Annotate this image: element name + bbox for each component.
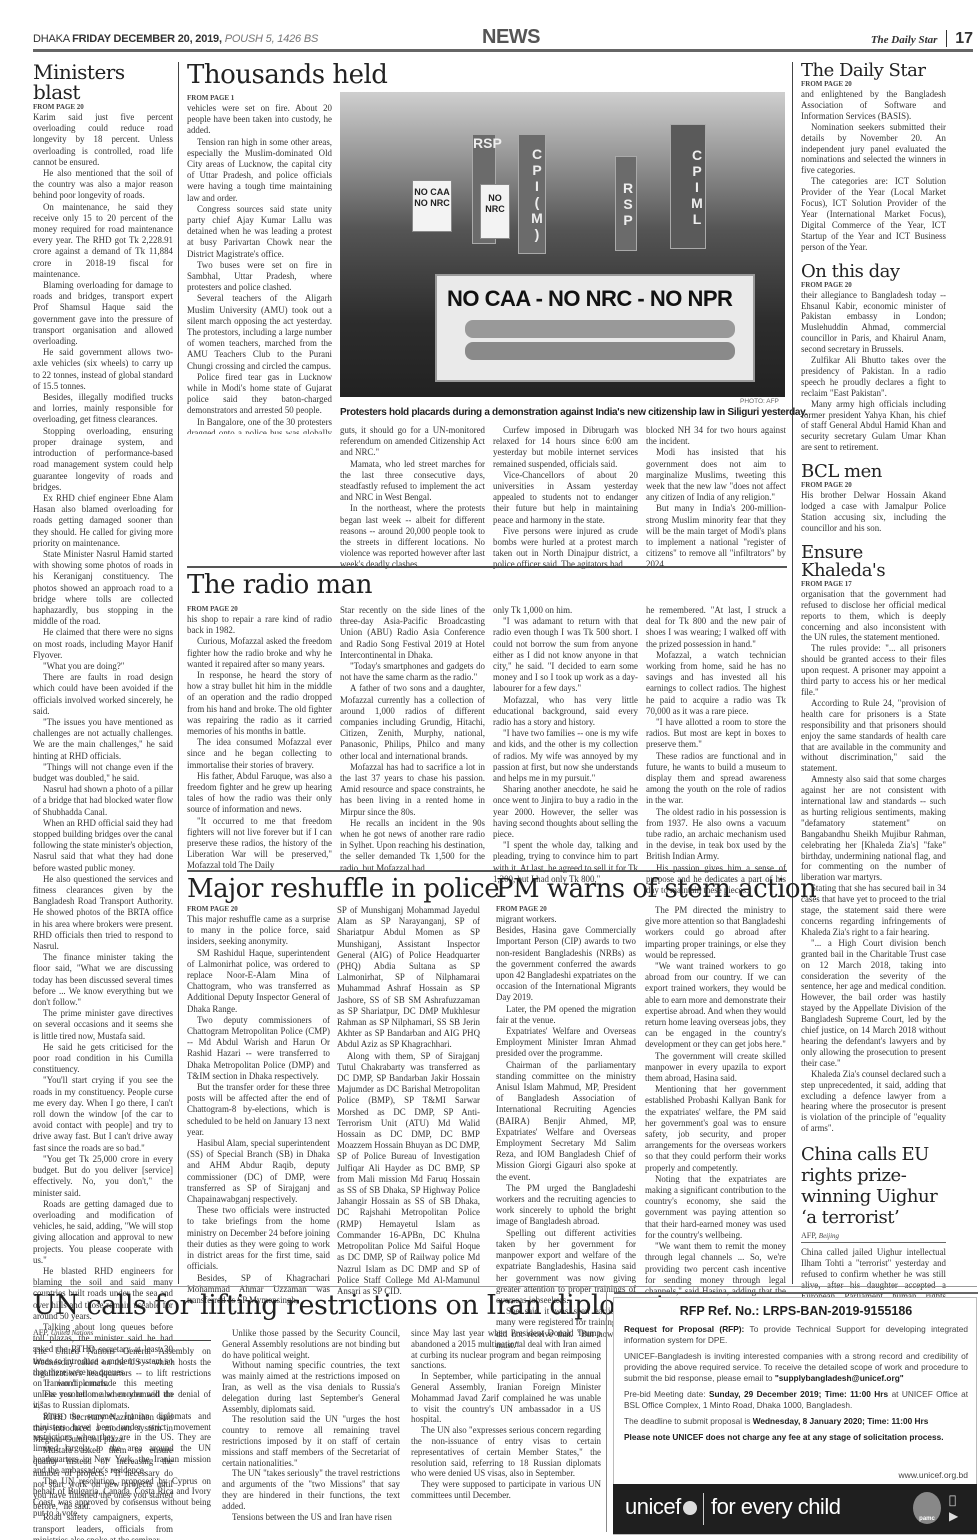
article-police-col1: FROM PAGE 20 This major reshuffle came a…	[187, 905, 330, 1306]
headline-police-reshuffle: Major reshuffle in police	[187, 876, 499, 902]
article-radio-man-col1: FROM PAGE 20 his shop to repair a rare k…	[187, 605, 332, 872]
jump-label: FROM PAGE 20	[496, 905, 636, 913]
jump-label: FROM PAGE 20	[801, 281, 946, 289]
contact-email-link[interactable]: "supplybangladesh@unicef.org"	[775, 1373, 904, 1383]
pamc-logo: pamc	[913, 1492, 941, 1524]
app-store-icons:  ▶	[949, 1492, 958, 1524]
article-radio-man-col4: he remembered. "At last, I struck a deal…	[646, 605, 786, 896]
headline-on-this-day: On this day	[801, 263, 946, 281]
headline-un-iran: UN calls for lifting restrictions on Ira…	[33, 1292, 679, 1319]
ad-top-rule	[614, 1292, 978, 1294]
dateline-bengali-date: POUSH 5, 1426 BS	[225, 33, 318, 45]
unicef-rfp-advertisement: RFP Ref. No.: LRPS-BAN-2019-9155186 Requ…	[613, 1297, 977, 1535]
un-globe-icon	[683, 1501, 697, 1515]
photo-credit: PHOTO: AFP	[740, 398, 779, 405]
placard-no-caa: NO CAA NO NRC	[412, 180, 452, 232]
dateline-date: FRIDAY DECEMBER 20, 2019,	[72, 33, 222, 45]
jump-label: FROM PAGE 1	[187, 94, 332, 102]
right-column: The Daily Star FROM PAGE 20 and enlighte…	[801, 62, 946, 1367]
paper-brand: The Daily Star 17	[871, 30, 973, 48]
banner-strip	[465, 342, 735, 360]
photo-caption: Protesters hold placards during a demons…	[340, 407, 807, 418]
byline: AFP, United Nations	[33, 1328, 211, 1341]
logo-separator	[703, 1493, 704, 1525]
ad-body: Request for Proposal (RFP): To provide T…	[624, 1324, 968, 1448]
article-un-col2: Unlike those passed by the Security Coun…	[222, 1328, 400, 1522]
unicef-logo: unicef	[625, 1494, 697, 1520]
section-divider	[187, 870, 787, 872]
article-body: This major reshuffle came as a surprise …	[187, 914, 330, 1306]
website-link[interactable]: www.unicef.org.bd	[899, 1470, 968, 1480]
headline: Ministers blast	[33, 62, 173, 102]
headline-radio-man: The radio man	[187, 572, 372, 598]
unicef-footer-banner: unicef for every child pamc  ▶	[613, 1484, 977, 1534]
headline-china-eu: China calls EU rights prize-winning Uigh…	[801, 1144, 946, 1228]
article-police-col2: SP of Munshiganj Mohammad Jayedul Alam a…	[337, 905, 480, 1297]
dateline: DHAKA FRIDAY DECEMBER 20, 2019, POUSH 5,…	[33, 33, 318, 45]
jump-label: FROM PAGE 20	[187, 905, 330, 913]
page-masthead: DHAKA FRIDAY DECEMBER 20, 2019, POUSH 5,…	[33, 28, 973, 52]
flag-cpiml: CPIML	[670, 124, 706, 249]
banner-strip	[465, 320, 735, 338]
page-number: 17	[946, 30, 973, 47]
play-icon: ▶	[949, 1508, 958, 1524]
byline: AFP, Beijing	[801, 1231, 946, 1243]
placard-no-nrc: NO NRC	[480, 184, 510, 239]
article-body: The United Nations General Assembly on W…	[33, 1346, 211, 1519]
article-body: His brother Delwar Hossain Akand lodged …	[801, 490, 946, 534]
banner-slogan: NO CAA - NO NRC - NO NPR	[447, 286, 732, 312]
article-thousands-held-col4: blocked NH 34 for two hours against the …	[646, 425, 786, 571]
column-divider	[792, 62, 793, 1284]
jump-label: FROM PAGE 20	[33, 103, 173, 111]
dateline-city: DHAKA	[33, 33, 69, 45]
flag-rsp-2: RSP	[615, 156, 637, 251]
article-body: organisation that the government had ref…	[801, 589, 946, 1134]
jump-label: FROM PAGE 20	[801, 481, 946, 489]
column-divider	[178, 62, 179, 1284]
paper-name: The Daily Star	[871, 34, 938, 46]
article-pm-col2: The PM directed the ministry to give mor…	[645, 905, 786, 1342]
headline-bcl-men: BCL men	[801, 463, 946, 481]
protest-photo: RSP CPI(M) RSP CPIML NO CAA NO NRC NO NR…	[340, 92, 785, 397]
jump-label: FROM PAGE 17	[801, 580, 946, 588]
article-un-col3: since May last year when President Donal…	[411, 1328, 601, 1501]
article-un-col1: AFP, United Nations The United Nations G…	[33, 1328, 211, 1519]
article-body: Karim said just five percent overloading…	[33, 112, 173, 1540]
headline-thousands-held: Thousands held	[187, 62, 387, 88]
rfp-reference: RFP Ref. No.: LRPS-BAN-2019-9155186	[614, 1304, 978, 1318]
article-body: their allegiance to Bangladesh today -- …	[801, 290, 946, 454]
article-radio-man-col2: Star recently on the side lines of the t…	[340, 605, 485, 874]
article-pm-col1: FROM PAGE 20 migrant workers. Besides, H…	[496, 905, 636, 1351]
section-divider	[187, 566, 787, 568]
section-title: NEWS	[476, 26, 546, 49]
tagline: for every child	[711, 1494, 840, 1520]
jump-label: FROM PAGE 20	[187, 605, 332, 613]
column-divider	[606, 1292, 607, 1532]
headline-ensure-khaleda: Ensure Khaleda's	[801, 544, 946, 580]
jump-label: FROM PAGE 20	[801, 80, 946, 88]
section-divider	[33, 1286, 977, 1287]
article-body: vehicles were set on fire. About 20 peop…	[187, 103, 332, 434]
apple-icon: 	[949, 1492, 958, 1508]
article-thousands-held-col2: guts, it should go for a UN-monitored re…	[340, 425, 485, 571]
headline-daily-star: The Daily Star	[801, 62, 946, 80]
article-thousands-held-col3: Curfew imposed in Dibrugarh was relaxed …	[493, 425, 638, 571]
article-body: and enlightened by the Bangladesh Associ…	[801, 89, 946, 253]
fee-notice: Please note UNICEF does not charge any f…	[624, 1432, 944, 1442]
protest-banner: NO CAA - NO NRC - NO NPR	[435, 274, 755, 382]
article-body: his shop to repair a rare kind of radio …	[187, 614, 332, 872]
flag-cpim: CPI(M)	[518, 134, 546, 254]
headline-pm-warns: PM warns of stern action	[496, 876, 816, 902]
article-thousands-held-col1: FROM PAGE 1 vehicles were set on fire. A…	[187, 94, 332, 434]
article-radio-man-col3: only Tk 1,000 on him. "I was adamant to …	[493, 605, 638, 885]
